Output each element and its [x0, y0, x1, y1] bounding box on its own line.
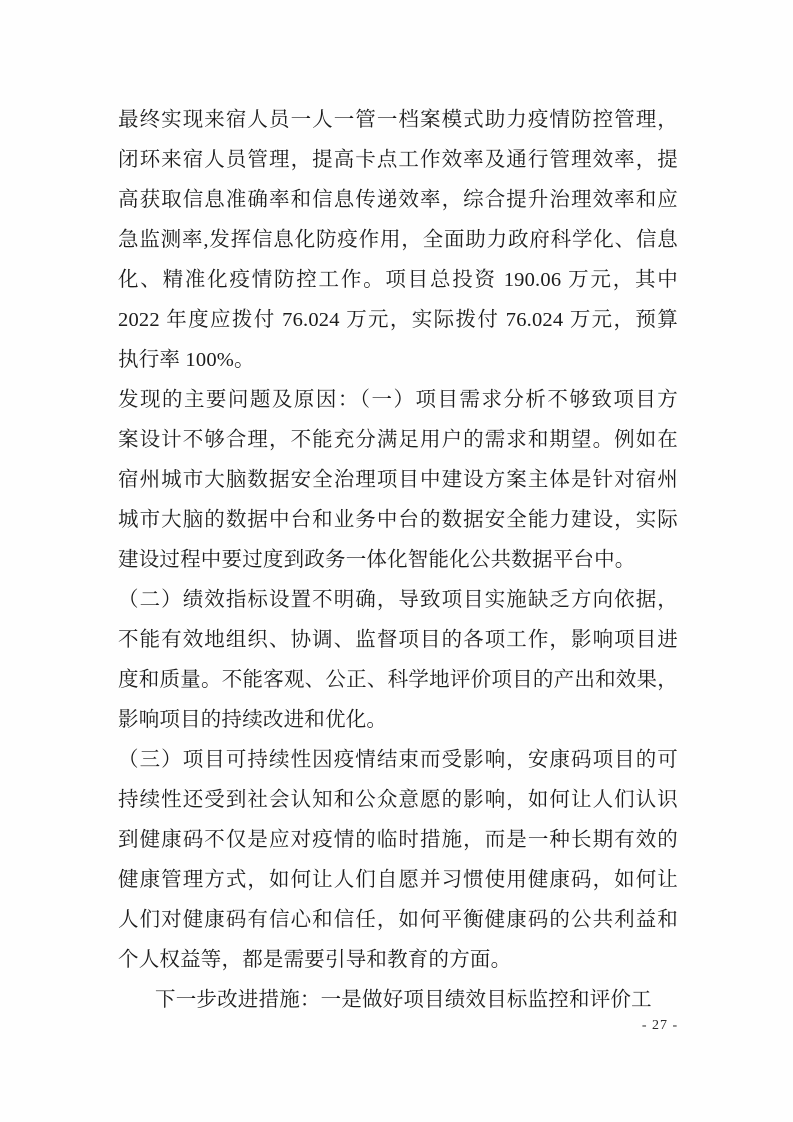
paragraph: （二）绩效指标设置不明确，导致项目实施缺乏方向依据，不能有效地组织、协调、监督项…: [118, 580, 678, 740]
text-line: 执行率 100%。: [118, 340, 678, 380]
paragraph: 下一步改进措施：一是做好项目绩效目标监控和评价工: [118, 980, 678, 1020]
text-line: 城市大脑的数据中台和业务中台的数据安全能力建设，实际: [118, 500, 678, 540]
text-line: 度和质量。不能客观、公正、科学地评价项目的产出和效果，: [118, 660, 678, 700]
text-line: 案设计不够合理，不能充分满足用户的需求和期望。例如在: [118, 420, 678, 460]
paragraph: 最终实现来宿人员一人一管一档案模式助力疫情防控管理，闭环来宿人员管理，提高卡点工…: [118, 100, 678, 380]
text-line: 人们对健康码有信心和信任，如何平衡健康码的公共利益和: [118, 900, 678, 940]
page-number: - 27 -: [640, 1018, 680, 1034]
text-line: 高获取信息准确率和信息传递效率，综合提升治理效率和应: [118, 180, 678, 220]
text-line: 不能有效地组织、协调、监督项目的各项工作，影响项目进: [118, 620, 678, 660]
text-line: 2022 年度应拨付 76.024 万元，实际拨付 76.024 万元，预算: [118, 300, 678, 340]
text-line: 个人权益等，都是需要引导和教育的方面。: [118, 940, 678, 980]
paragraph: 发现的主要问题及原因：（一）项目需求分析不够致项目方案设计不够合理，不能充分满足…: [118, 380, 678, 580]
text-line: 宿州城市大脑数据安全治理项目中建设方案主体是针对宿州: [118, 460, 678, 500]
text-line: 下一步改进措施：一是做好项目绩效目标监控和评价工: [118, 980, 678, 1020]
text-line: （二）绩效指标设置不明确，导致项目实施缺乏方向依据，: [118, 580, 678, 620]
paragraph: （三）项目可持续性因疫情结束而受影响，安康码项目的可持续性还受到社会认知和公众意…: [118, 740, 678, 980]
text-line: 建设过程中要过度到政务一体化智能化公共数据平台中。: [118, 540, 678, 580]
document-page: 最终实现来宿人员一人一管一档案模式助力疫情防控管理，闭环来宿人员管理，提高卡点工…: [0, 0, 793, 1122]
text-line: 到健康码不仅是应对疫情的临时措施，而是一种长期有效的: [118, 820, 678, 860]
text-line: 化、精准化疫情防控工作。项目总投资 190.06 万元，其中: [118, 260, 678, 300]
text-line: 急监测率,发挥信息化防疫作用，全面助力政府科学化、信息: [118, 220, 678, 260]
text-line: 持续性还受到社会认知和公众意愿的影响，如何让人们认识: [118, 780, 678, 820]
document-body: 最终实现来宿人员一人一管一档案模式助力疫情防控管理，闭环来宿人员管理，提高卡点工…: [118, 100, 678, 1020]
text-line: 闭环来宿人员管理，提高卡点工作效率及通行管理效率，提: [118, 140, 678, 180]
text-line: 最终实现来宿人员一人一管一档案模式助力疫情防控管理，: [118, 100, 678, 140]
text-line: 发现的主要问题及原因：（一）项目需求分析不够致项目方: [118, 380, 678, 420]
text-line: 健康管理方式，如何让人们自愿并习惯使用健康码，如何让: [118, 860, 678, 900]
text-line: （三）项目可持续性因疫情结束而受影响，安康码项目的可: [118, 740, 678, 780]
text-line: 影响项目的持续改进和优化。: [118, 700, 678, 740]
